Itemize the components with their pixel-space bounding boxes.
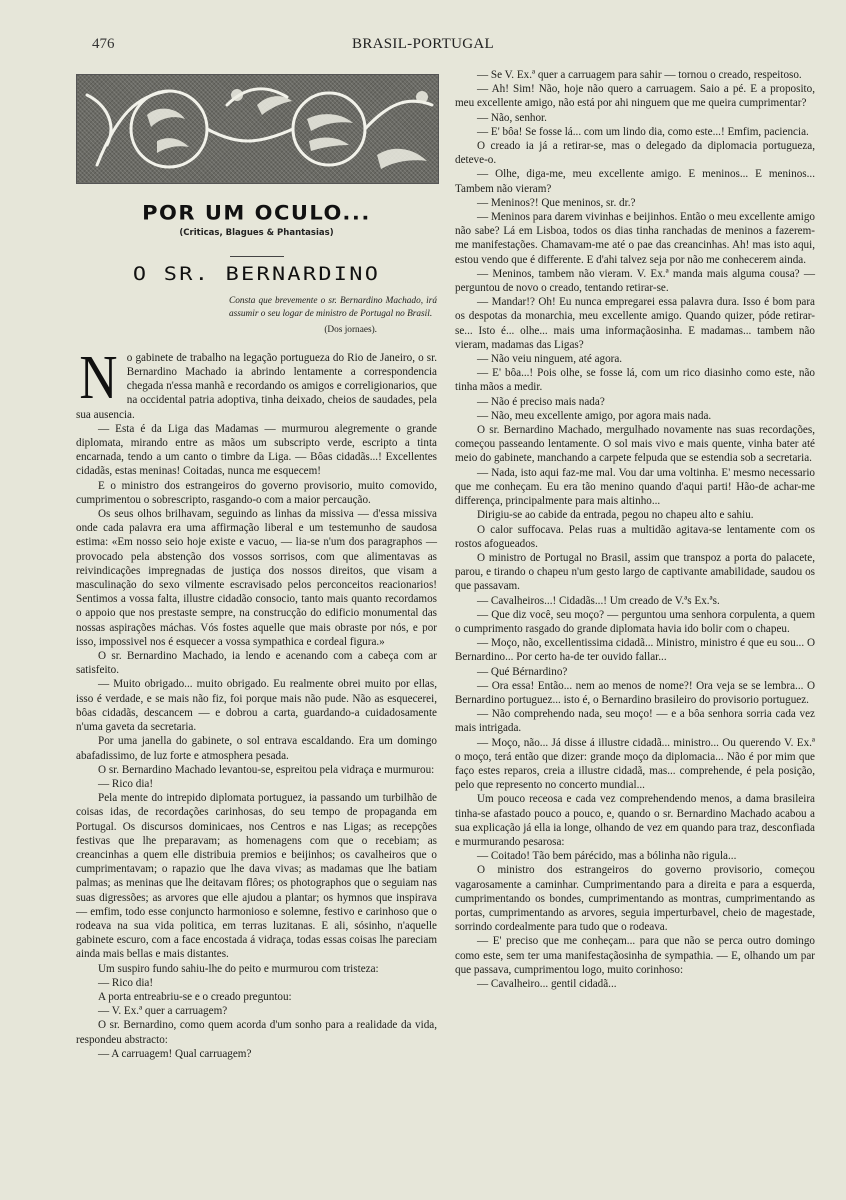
paragraph: — Coitado! Tão bem párécido, mas a bólin… [455, 849, 815, 863]
article-subtitle: (Criticas, Blagues & Phantasias) [76, 226, 437, 240]
paragraph: O sr. Bernardino Machado, ia lendo e ace… [76, 649, 437, 677]
paragraph: — Não, meu excellente amigo, por agora m… [455, 409, 815, 423]
paragraph: — Nada, isto aqui faz-me mal. Vou dar um… [455, 466, 815, 509]
paragraph: — Cavalheiros...! Cidadãs...! Um creado … [455, 594, 815, 608]
paragraph: A porta entreabriu-se e o creado pregunt… [76, 990, 437, 1004]
paragraph: O ministro dos estrangeiros do governo p… [455, 863, 815, 934]
ornament-scroll-icon [76, 74, 439, 184]
left-body: No gabinete de trabalho na legação portu… [76, 351, 437, 1061]
paragraph: — Olhe, diga-me, meu excellente amigo. E… [455, 167, 815, 195]
paragraph: — Muito obrigado... muito obrigado. Eu r… [76, 677, 437, 734]
paragraph: — Moço, não... Já disse á illustre cidad… [455, 736, 815, 793]
paragraph: — Qué Bérnardino? [455, 665, 815, 679]
paragraph: — Não veiu ninguem, até agora. [455, 352, 815, 366]
epigraph: Consta que brevemente o sr. Bernardino M… [229, 295, 437, 321]
paragraph: O sr. Bernardino, como quem acorda d'um … [76, 1018, 437, 1046]
article-title: POR UM OCULO... [76, 207, 437, 220]
right-column: — Se V. Ex.ª quer a carruagem para sahir… [455, 68, 815, 991]
paragraph: — Cavalheiro... gentil cidadã... [455, 977, 815, 991]
paragraph: Os seus olhos brilhavam, seguindo as lin… [76, 507, 437, 649]
paragraph: — A carruagem! Qual carruagem? [76, 1047, 437, 1061]
article-heading: POR UM OCULO... (Criticas, Blagues & Pha… [76, 206, 437, 285]
paragraph: O creado ia já a retirar-se, mas o deleg… [455, 139, 815, 167]
paragraph: — Não comprehendo nada, seu moço! — e a … [455, 707, 815, 735]
paragraph: O calor suffocava. Pelas ruas a multidão… [455, 523, 815, 551]
paragraph: Dirigiu-se ao cabide da entrada, pegou n… [455, 508, 815, 522]
paragraph: — Rico dia! [76, 976, 437, 990]
paragraph-opening: No gabinete de trabalho na legação portu… [76, 351, 437, 422]
paragraph: — Ora essa! Então... nem ao menos de nom… [455, 679, 815, 707]
paragraph: — E' bôa...! Pois olhe, se fosse lá, com… [455, 366, 815, 394]
paragraph: O sr. Bernardino Machado, mergulhado nov… [455, 423, 815, 466]
section-title: O SR. BERNARDINO [133, 267, 380, 281]
title-divider [230, 256, 284, 257]
paragraph: — Moço, não, excellentissima cidadã... M… [455, 636, 815, 664]
paragraph: — Ah! Sim! Não, hoje não quero a carruag… [455, 82, 815, 110]
paragraph: Um suspiro fundo sahiu-lhe do peito e mu… [76, 962, 437, 976]
paragraph: — Esta é da Liga das Madamas — murmurou … [76, 422, 437, 479]
paragraph: — V. Ex.ª quer a carruagem? [76, 1004, 437, 1018]
paragraph: — Meninos para darem vivinhas e beijinho… [455, 210, 815, 267]
paragraph: E o ministro dos estrangeiros do governo… [76, 479, 437, 507]
left-column: POR UM OCULO... (Criticas, Blagues & Pha… [76, 74, 437, 1061]
paragraph: Por uma janella do gabinete, o sol entra… [76, 734, 437, 762]
paragraph: Um pouco receosa e cada vez comprehenden… [455, 792, 815, 849]
paragraph: — Mandar!? Oh! Eu nunca empregarei essa … [455, 295, 815, 352]
paragraph: — E' bôa! Se fosse lá... com um lindo di… [455, 125, 815, 139]
paragraph: — E' preciso que me conheçam... para que… [455, 934, 815, 977]
running-title: BRASIL-PORTUGAL [0, 36, 846, 53]
paragraph: — Se V. Ex.ª quer a carruagem para sahir… [455, 68, 815, 82]
paragraph: — Rico dia! [76, 777, 437, 791]
dropcap: N [79, 353, 117, 403]
paragraph: O sr. Bernardino Machado levantou-se, es… [76, 763, 437, 777]
paragraph: Pela mente do intrepido diplomata portug… [76, 791, 437, 961]
paragraph: — Meninos, tambem não vieram. V. Ex.ª ma… [455, 267, 815, 295]
epigraph-source: (Dos jornaes). [76, 323, 377, 337]
paragraph: — Não, senhor. [455, 111, 815, 125]
paragraph: — Que diz você, seu moço? — perguntou um… [455, 608, 815, 636]
paragraph: O ministro de Portugal no Brasil, assim … [455, 551, 815, 594]
paragraph: — Meninos?! Que meninos, sr. dr.? [455, 196, 815, 210]
paragraph: — Não é preciso mais nada? [455, 395, 815, 409]
scroll-ornament-icon [77, 75, 438, 183]
